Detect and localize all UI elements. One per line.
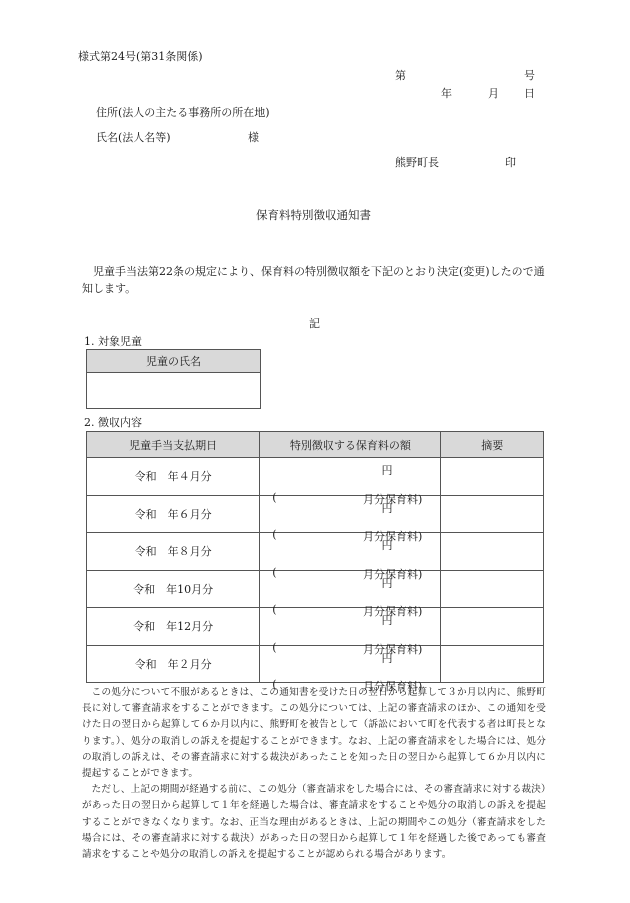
yen-unit: 円	[381, 612, 392, 628]
period-cell: 令和 年６月分	[87, 495, 260, 533]
period-cell: 令和 年12月分	[87, 608, 260, 646]
amount-cell[interactable]: 円 (月分保育料)	[260, 645, 441, 683]
seal-mark: 印	[505, 157, 516, 168]
ki-label: 記	[309, 318, 320, 329]
remarks-cell[interactable]	[441, 458, 544, 496]
appeal-notice-paragraph-1: この処分について不服があるときは、この通知書を受けた日の翌日から起算して３か月以…	[82, 685, 546, 782]
amount-cell[interactable]: 円 (月分保育料)	[260, 533, 441, 571]
issuer: 熊野町長	[395, 157, 439, 168]
remarks-cell[interactable]	[441, 495, 544, 533]
header-amount: 特別徴収する保育料の額	[260, 432, 441, 458]
yen-unit: 円	[381, 462, 392, 478]
doc-number-prefix: 第	[395, 70, 406, 81]
honorific: 様	[248, 132, 259, 143]
table-row: 令和 年10月分 円 (月分保育料)	[87, 570, 544, 608]
remarks-cell[interactable]	[441, 533, 544, 571]
form-number: 様式第24号(第31条関係)	[78, 51, 203, 62]
section2-heading: 2. 徴収内容	[84, 417, 142, 428]
appeal-notice-paragraph-2: ただし、上記の期間が経過する前に、この処分（審査請求をした場合には、その審査請求…	[82, 782, 546, 863]
address-label: 住所(法人の主たる事務所の所在地)	[96, 107, 270, 118]
date-day: 日	[524, 88, 535, 99]
child-name-cell[interactable]	[87, 373, 261, 409]
amount-cell[interactable]: 円 (月分保育料)	[260, 608, 441, 646]
section1-heading: 1. 対象児童	[84, 336, 142, 347]
period-cell: 令和 年８月分	[87, 533, 260, 571]
table-row: 令和 年４月分 円 (月分保育料)	[87, 458, 544, 496]
document-title: 保育料特別徴収通知書	[256, 210, 371, 222]
yen-unit: 円	[381, 537, 392, 553]
yen-unit: 円	[381, 575, 392, 591]
table-row: 令和 年12月分 円 (月分保育料)	[87, 608, 544, 646]
amount-cell[interactable]: 円 (月分保育料)	[260, 495, 441, 533]
yen-unit: 円	[381, 500, 392, 516]
doc-number-suffix: 号	[524, 70, 535, 81]
amount-cell[interactable]: 円 (月分保育料)	[260, 458, 441, 496]
child-name-header: 児童の氏名	[87, 350, 261, 373]
amount-cell[interactable]: 円 (月分保育料)	[260, 570, 441, 608]
period-cell: 令和 年２月分	[87, 645, 260, 683]
date-year: 年	[441, 88, 452, 99]
remarks-cell[interactable]	[441, 608, 544, 646]
period-cell: 令和 年４月分	[87, 458, 260, 496]
period-cell: 令和 年10月分	[87, 570, 260, 608]
name-label: 氏名(法人名等)	[96, 132, 171, 143]
date-month: 月	[488, 88, 499, 99]
body-text: 児童手当法第22条の規定により、保育料の特別徴収額を下記のとおり決定(変更)した…	[82, 264, 546, 297]
remarks-cell[interactable]	[441, 570, 544, 608]
table-row: 令和 年２月分 円 (月分保育料)	[87, 645, 544, 683]
child-table: 児童の氏名	[86, 349, 261, 409]
header-remarks: 摘要	[441, 432, 544, 458]
appeal-notice: この処分について不服があるときは、この通知書を受けた日の翌日から起算して３か月以…	[82, 685, 546, 863]
yen-unit: 円	[381, 650, 392, 666]
table-row: 令和 年８月分 円 (月分保育料)	[87, 533, 544, 571]
collection-table: 児童手当支払期日 特別徴収する保育料の額 摘要 令和 年４月分 円 (月分保育料…	[86, 431, 544, 683]
collection-table-header: 児童手当支払期日 特別徴収する保育料の額 摘要	[87, 432, 544, 458]
header-payment-date: 児童手当支払期日	[87, 432, 260, 458]
remarks-cell[interactable]	[441, 645, 544, 683]
table-row: 令和 年６月分 円 (月分保育料)	[87, 495, 544, 533]
